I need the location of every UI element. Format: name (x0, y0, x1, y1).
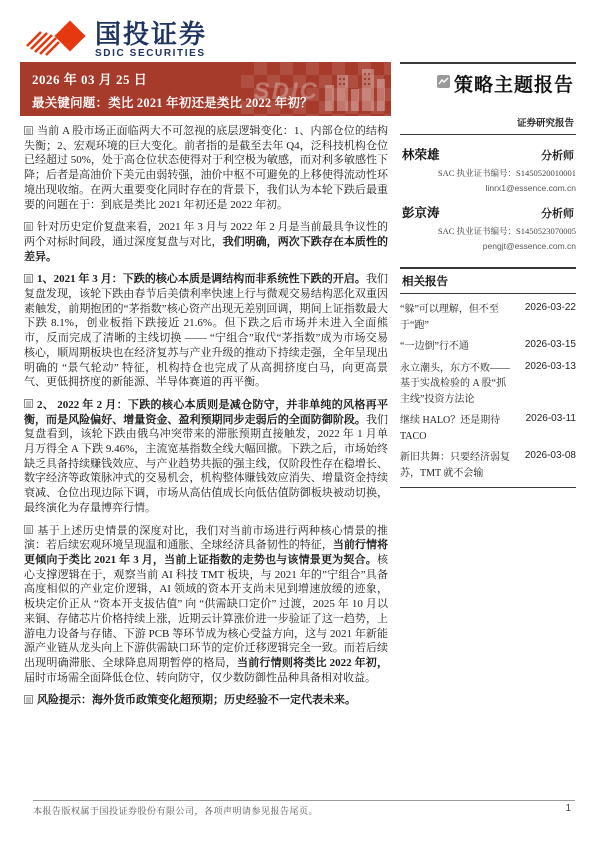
analyst-sac-number: SAC 执业证书编号：S1450520010001 (400, 167, 576, 179)
list-bullet-icon (24, 274, 33, 283)
analyst-name: 彭京涛 (402, 203, 440, 221)
brand-name-cn: 国投证券 (95, 21, 207, 47)
list-bullet-icon (24, 525, 33, 534)
list-bullet-icon (24, 399, 33, 408)
related-report-item[interactable]: “躲”可以理解，但不至于“跑”2026-03-22 (400, 302, 576, 333)
paragraph-text: 2、 2022 年 2 月：下跌的核心本质则是减仓防守，并非单纯的风格再平衡，而… (24, 399, 388, 426)
related-report-title[interactable]: 新旧共舞：只要经济弱复苏，TMT 就不会输 (400, 450, 512, 481)
related-report-title[interactable]: 继续 HALO？还是期待 TACO (400, 413, 512, 444)
related-report-date: 2026-03-22 (525, 302, 576, 333)
related-report-item[interactable]: 继续 HALO？还是期待 TACO2026-03-11 (400, 413, 576, 444)
body-paragraph: 当前 A 股市场正面临两大不可忽视的底层逻辑变化：1、内部仓位的结构失衡；2、宏… (24, 124, 388, 212)
related-report-item[interactable]: “一边倒”行不通2026-03-15 (400, 339, 576, 355)
footer-disclaimer: 本报告版权属于国投证券股份有限公司，各项声明请参见报告尾页。 (33, 804, 318, 817)
paragraph-text: 届时市场需全面降低仓位、转向防守，仅少数防御性品种具备相对收益。 (24, 672, 376, 684)
paragraph-text: 风险提示：海外货币政策变化超预期；历史经验不一定代表未来。 (37, 694, 356, 706)
related-report-date: 2026-03-13 (525, 361, 576, 408)
report-date: 2026 年 03 月 25 日 (32, 69, 391, 88)
paragraph-text: 1、2021 年 3 月：下跌的核心本质是调结构而非系统性下跌的开启。 (37, 273, 366, 285)
list-bullet-icon (24, 695, 33, 704)
analyst-role: 分析师 (541, 147, 574, 163)
brand-name-en: SDIC SECURITIES (95, 49, 207, 59)
chart-icon (437, 75, 450, 93)
related-reports-section: 相关报告 “躲”可以理解，但不至于“跑”2026-03-22“一边倒”行不通20… (400, 267, 576, 488)
related-report-title[interactable]: 永立潮头，东方不败——基于实战检验的 A 股“抓主线”投资方法论 (400, 361, 512, 408)
title-banner: SDIC 2026 年 03 月 25 (20, 62, 391, 116)
related-report-title[interactable]: “一边倒”行不通 (400, 339, 512, 355)
related-report-date: 2026-03-15 (525, 339, 576, 355)
sidebar: 策略主题报告 证券研究报告 林荣雄 分析师 SAC 执业证书编号：S145052… (400, 62, 576, 488)
related-report-title[interactable]: “躲”可以理解，但不至于“跑” (400, 302, 512, 333)
paragraph-text: 核心支撑逻辑在于，观察当前 AI 科技 TMT 板块，与 2021 年的”宁组合… (24, 554, 388, 669)
analyst-block: 林荣雄 分析师 SAC 执业证书编号：S1450520010001 linrx1… (400, 145, 576, 193)
analyst-email[interactable]: linrx1@essence.com.cn (400, 183, 576, 193)
related-report-date: 2026-03-11 (526, 413, 576, 444)
page-number: 1 (565, 803, 571, 814)
body-paragraph: 针对历史定价复盘来看，2021 年 3 月与 2022 年 2 月是当前最具争议… (24, 220, 388, 264)
related-report-list: “躲”可以理解，但不至于“跑”2026-03-22“一边倒”行不通2026-03… (400, 294, 576, 488)
report-title: 最关键问题：类比 2021 年初还是类比 2022 年初？ (32, 93, 391, 111)
analyst-sac-number: SAC 执业证书编号：S1450523070005 (400, 225, 576, 237)
body-paragraph: 1、2021 年 3 月：下跌的核心本质是调结构而非系统性下跌的开启。我们复盘发… (24, 272, 388, 390)
related-report-item[interactable]: 永立潮头，东方不败——基于实战检验的 A 股“抓主线”投资方法论2026-03-… (400, 361, 576, 408)
report-page: 国投证券 SDIC SECURITIES SDIC (0, 0, 595, 841)
paragraph-text: 我们复盘看到，该轮下跌由俄乌冲突带来的滞胀预期直接触发，2022 年 1 月单月… (24, 414, 388, 514)
report-category: 证券研究报告 (400, 115, 574, 129)
report-body: 当前 A 股市场正面临两大不可忽视的底层逻辑变化：1、内部仓位的结构失衡；2、宏… (24, 124, 388, 716)
list-bullet-icon (24, 222, 33, 231)
paragraph-text: 我们复盘发现，该轮下跌由春节后美债利率快速上行与微观交易结构恶化双重因素触发，前… (24, 273, 388, 388)
related-report-item[interactable]: 新旧共舞：只要经济弱复苏，TMT 就不会输2026-03-08 (400, 450, 576, 481)
brand-logo: 国投证券 SDIC SECURITIES (25, 16, 207, 63)
related-reports-heading: 相关报告 (400, 267, 576, 294)
related-report-date: 2026-03-08 (525, 450, 576, 481)
body-paragraph: 基于上述历史情景的深度对比，我们对当前市场进行两种核心情景的推演：若后续宏观环境… (24, 524, 388, 686)
footer-divider (33, 800, 575, 801)
analyst-role: 分析师 (541, 205, 574, 221)
analyst-block: 彭京涛 分析师 SAC 执业证书编号：S1450523070005 pengjt… (400, 203, 576, 251)
sdic-logo-icon (25, 16, 87, 63)
body-paragraph: 风险提示：海外货币政策变化超预期；历史经验不一定代表未来。 (24, 693, 388, 708)
paragraph-text: 当前行情则将类比 2022 年初， (237, 657, 388, 669)
body-paragraph: 2、 2022 年 2 月：下跌的核心本质则是减仓防守，并非单纯的风格再平衡，而… (24, 398, 388, 516)
analyst-name: 林荣雄 (402, 145, 440, 163)
list-bullet-icon (24, 126, 33, 135)
analyst-email[interactable]: pengjt@essence.com.cn (400, 241, 576, 251)
report-type-label: 策略主题报告 (454, 70, 574, 97)
report-type-box: 策略主题报告 证券研究报告 (400, 62, 576, 135)
